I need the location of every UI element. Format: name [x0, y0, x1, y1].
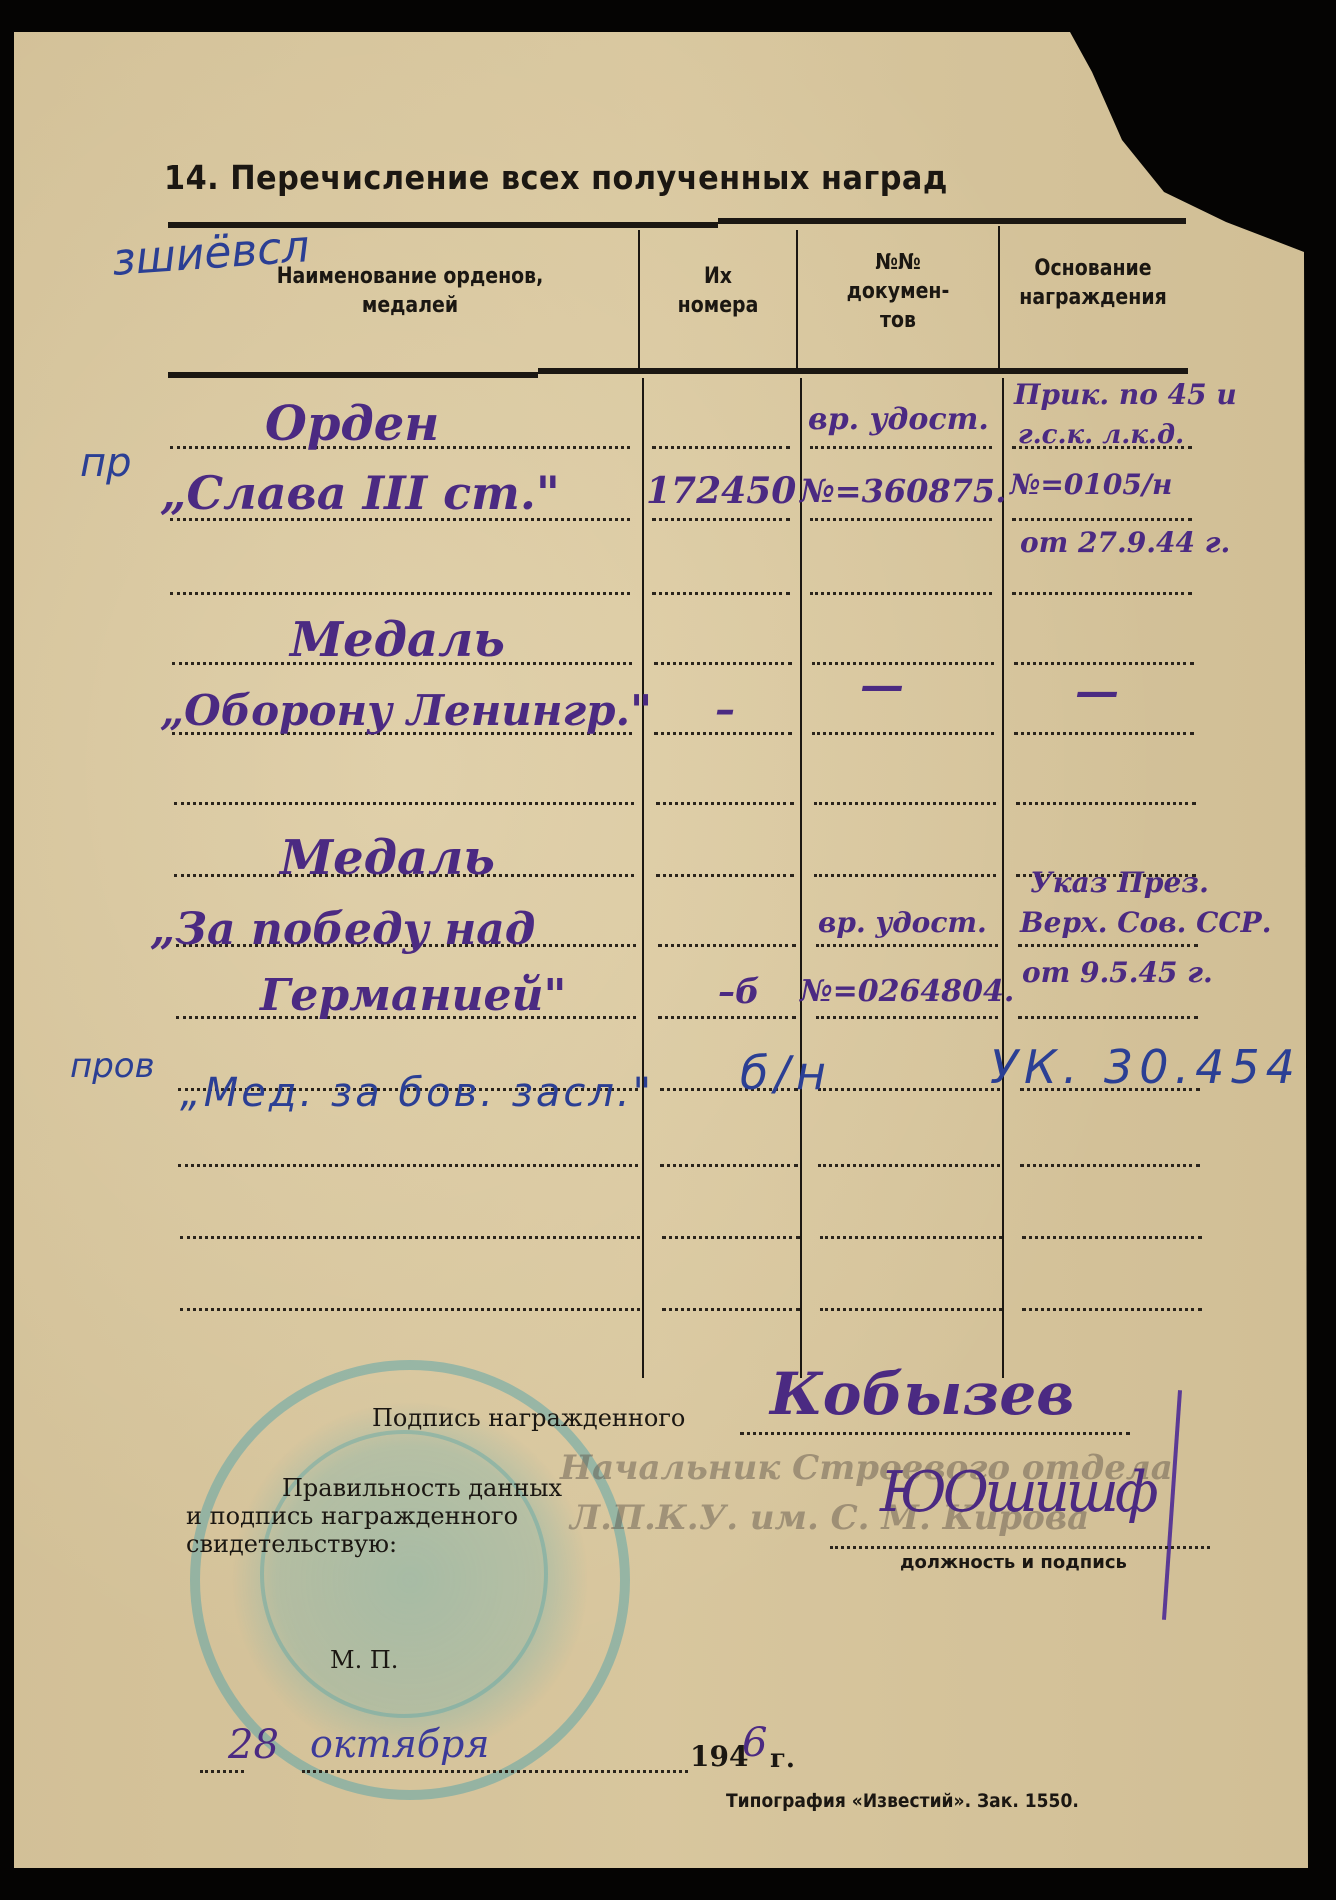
basis-line3: от 9.5.45 г.	[1022, 956, 1213, 989]
certify-label-line2: и подпись награжденного	[186, 1502, 518, 1530]
official-signature-line	[830, 1546, 1210, 1549]
date-month-line	[302, 1770, 688, 1773]
award-name-line1: „Мед. за бов. засл."	[180, 1070, 654, 1116]
body-divider-1	[642, 378, 644, 1378]
printer-imprint: Типография «Известий». Зак. 1550.	[726, 1790, 1079, 1812]
date-year-suffix: 6	[742, 1720, 767, 1766]
header-divider-1	[638, 230, 640, 370]
award-name-line1: Медаль	[280, 830, 495, 886]
recipient-signature-label: Подпись награжденного	[372, 1404, 685, 1432]
basis-line1: Указ През.	[1030, 866, 1209, 899]
margin-note: пров	[70, 1046, 155, 1086]
column-header-award-name-line2: медалей	[229, 291, 590, 320]
basis-line2: Верх. Сов. ССР.	[1020, 906, 1271, 939]
margin-note: пр	[80, 440, 132, 486]
header-divider-2	[796, 230, 798, 370]
official-signature-caption: должность и подпись	[900, 1552, 1127, 1573]
column-header-basis-line2: награждения	[1011, 283, 1174, 312]
document-line1: —	[860, 660, 904, 711]
award-number: б/н	[740, 1046, 832, 1100]
column-header-documents-line3: тов	[812, 306, 984, 335]
basis-line4: от 27.9.44 г.	[1020, 526, 1230, 559]
award-name-line1: Медаль	[290, 612, 505, 668]
header-bottom-rule-left	[168, 372, 538, 378]
date-month: октября	[310, 1722, 489, 1766]
document-line1: вр. удост.	[818, 906, 987, 939]
column-header-documents-line2: докумен-	[812, 277, 984, 306]
basis-line1: УК. 30.454	[990, 1040, 1301, 1094]
award-name-line2: „Оборону Ленингр."	[160, 686, 652, 735]
column-header-documents: №№ докумен- тов	[812, 248, 984, 335]
document-line1: вр. удост.	[808, 402, 989, 437]
date-year-unit: г.	[770, 1744, 795, 1774]
official-signature: Ю​Ошиш​ф	[880, 1460, 1155, 1525]
basis-line1: —	[1075, 666, 1119, 717]
award-name-line3: Германией"	[260, 970, 566, 1021]
column-header-basis-line1: Основание	[1011, 254, 1174, 283]
recipient-signature-line	[740, 1432, 1130, 1435]
header-top-rule-right	[718, 218, 1186, 224]
column-header-documents-line1: №№	[812, 248, 984, 277]
award-name-line2: „Слава III ст."	[160, 466, 560, 520]
seal-placement-label: М. П.	[330, 1646, 398, 1674]
section-title: 14. Перечисление всех полученных наград	[164, 158, 948, 197]
date-day: 28	[228, 1722, 279, 1768]
body-divider-2	[800, 378, 802, 1378]
basis-line2: г.с.к. л.к.д.	[1018, 420, 1184, 450]
document-line2: №=360875.	[800, 472, 1006, 510]
recipient-signature: Кобызев	[770, 1360, 1074, 1428]
column-header-numbers-line2: номера	[651, 291, 785, 320]
document-line2: №=0264804.	[800, 974, 1014, 1009]
award-number: 172450	[646, 470, 796, 512]
column-header-numbers: Их номера	[651, 262, 785, 320]
column-header-basis: Основание награждения	[1011, 254, 1174, 312]
date-year-prefix: 194	[690, 1740, 748, 1773]
header-divider-3	[998, 226, 1000, 370]
basis-line1: Прик. по 45 и	[1014, 378, 1237, 411]
header-bottom-rule-right	[538, 368, 1188, 374]
column-header-numbers-line1: Их	[651, 262, 785, 291]
certify-label-line1: Правильность данных	[282, 1474, 562, 1502]
basis-line3: №=0105/н	[1010, 468, 1172, 501]
award-name-line2: „За победу над	[150, 904, 535, 955]
award-number: –	[715, 686, 735, 733]
date-day-line	[200, 1770, 244, 1773]
award-number: –б	[718, 972, 760, 1012]
certify-label-line3: свидетельствую:	[186, 1530, 397, 1558]
body-divider-3	[1002, 378, 1004, 1378]
award-name-line1: Орден	[265, 396, 439, 452]
